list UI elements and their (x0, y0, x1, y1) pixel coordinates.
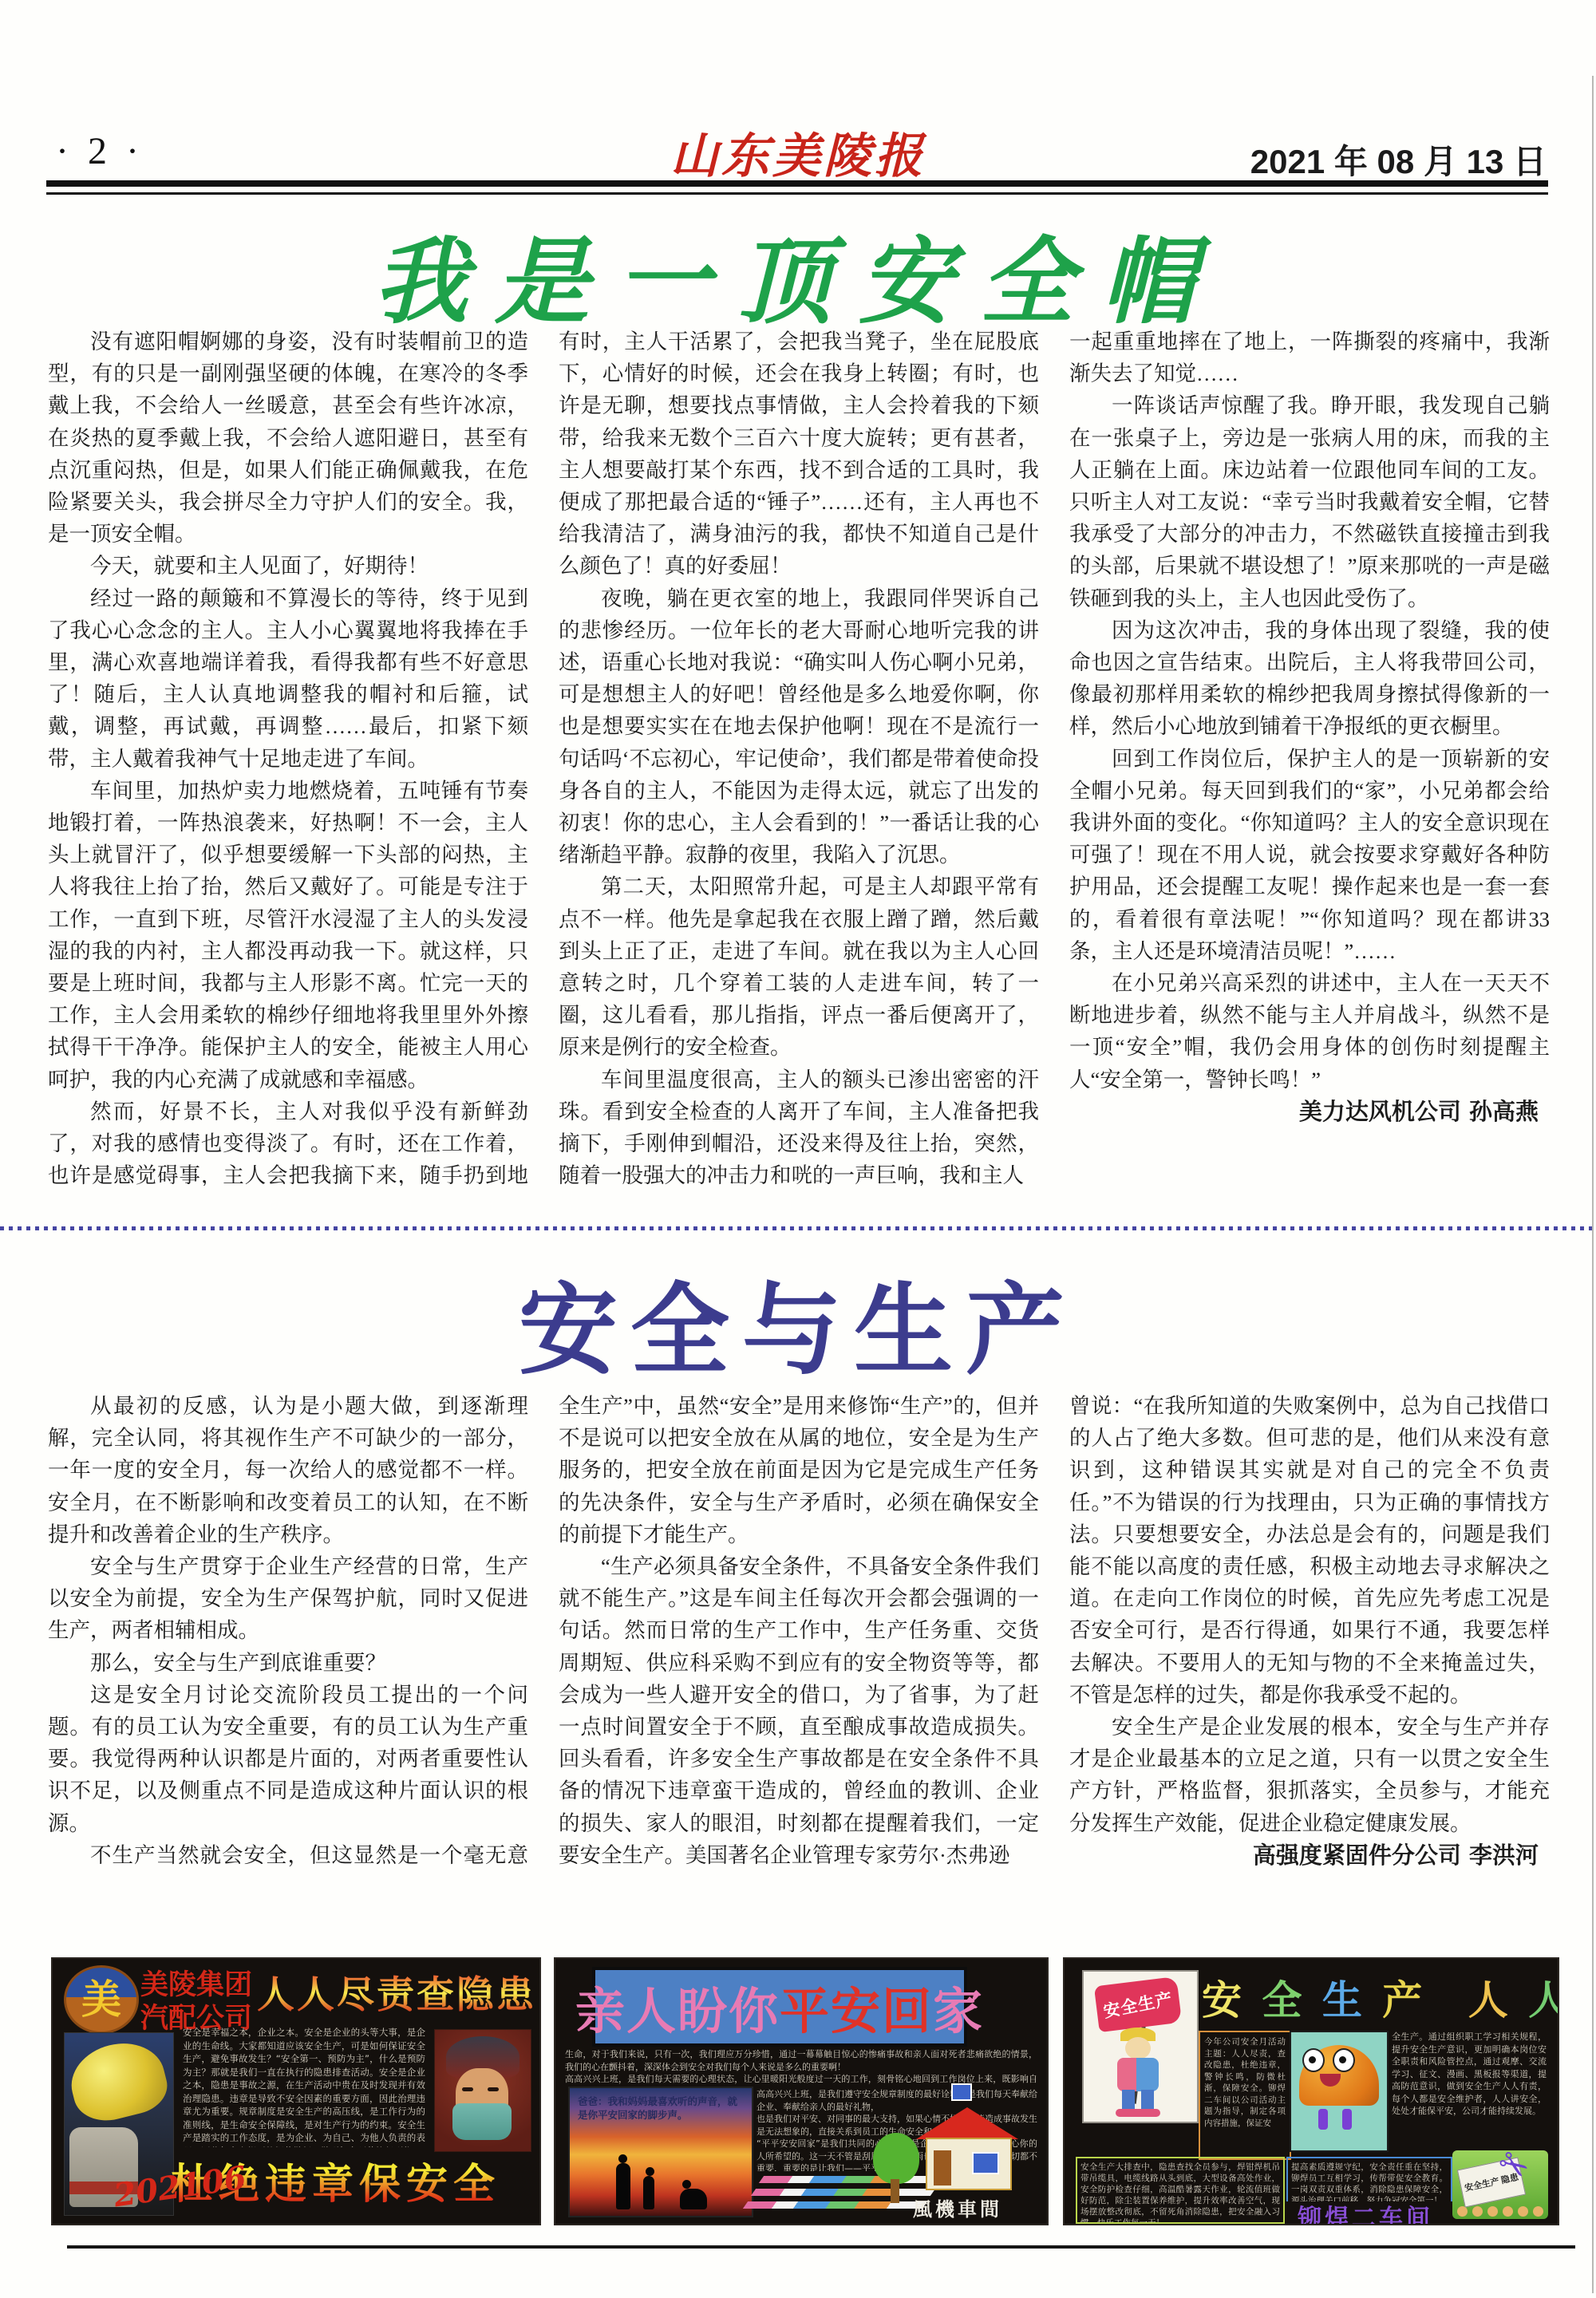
meiling-logo-icon: 美 (64, 1965, 139, 2034)
poster3-right-text: 全生产。通过组织职工学习相关规程，提升安全生产意识，更加明确本岗位安全职责和风险… (1392, 2031, 1547, 2152)
poster2-workshop-label: 風機車間 (913, 2193, 1002, 2221)
safety-poster-2: 亲 人 盼 你 平 安 回 家 生命，对于我们来说，只有一次，我们理应万分珍惜，… (555, 1959, 1047, 2224)
paragraph: 因为这次冲击，我的身体出现了裂缝，我的使命也因之宣告结束。出院后，主人将我带回公… (1069, 614, 1550, 743)
paragraph: “生产必须具备安全条件，不具备安全条件我们就不能生产。”这是车间主任每次开会都会… (559, 1550, 1039, 1869)
house-illustration (916, 2107, 1018, 2190)
house-door (934, 2150, 951, 2185)
mascot-body (1117, 2058, 1159, 2091)
title-char: 人 (626, 1972, 678, 2043)
poster3-workshop-label: 铆焊二车间 (1298, 2198, 1433, 2224)
article1-author-signature: 美力达风机公司 孙高燕 (1069, 1096, 1550, 1127)
paragraph: 安全生产是企业发展的根本，安全与生产并存才是企业最基本的立足之道，只有一以贯之安… (1069, 1711, 1550, 1839)
title-char: 人 (1528, 1977, 1558, 2024)
article2-column-2: 全生产”中，虽然“安全”是用来修饰“生产”的，但并不是说可以把安全放在从属的地位… (559, 1390, 1039, 1869)
title-char: 人 (1468, 1977, 1511, 2024)
article2-column-3: 曾说：“在我所知道的失败案例中，总为自己找借口的人占了绝大多数。但可悲的是，他们… (1069, 1390, 1550, 1869)
paragraph: 这是安全月讨论交流阶段员工提出的一个问题。有的员工认为安全重要，有的员工认为生产… (48, 1679, 528, 1839)
paragraph: 回到工作岗位后，保护主人的是一顶崭新的安全帽小兄弟。每天回到我们的“家”，小兄弟… (1069, 743, 1550, 967)
face-mask-icon (452, 2103, 512, 2140)
paragraph: 曾说：“在我所知道的失败案例中，总为自己找借口的人占了绝大多数。但可悲的是，他们… (1069, 1390, 1550, 1711)
kneeling-silhouette (680, 2189, 707, 2209)
paragraph: 经过一路的颠簸和不算漫长的等待，终于见到了我心心念念的主人。主人小心翼翼地将我捧… (48, 582, 528, 775)
title-char: 产 (1382, 1977, 1425, 2024)
title-char: 回 (882, 1972, 933, 2043)
tree-trunk (891, 2179, 899, 2203)
paragraph: 一起重重地摔在了地上，一阵撕裂的疼痛中，我渐渐失去了知觉…… (1069, 326, 1550, 389)
red-flag-icon: 安全生产 (1094, 1976, 1182, 2032)
title-char: 亲 (575, 1972, 626, 2043)
title-char: 你 (729, 1972, 780, 2043)
paragraph: 全生产”中，虽然“安全”是用来修饰“生产”的，但并不是说可以把安全放在从属的地位… (559, 1390, 1039, 1550)
paragraph: 从最初的反感，认为是小题大做，到逐渐理解，完全认同，将其视作生产不可缺少的一部分… (48, 1390, 528, 1550)
article1-column-1: 没有遮阳帽婀娜的身姿，没有时装帽前卫的造型，有的只是一副刚强坚硬的体魄，在寒冷的… (48, 326, 528, 1186)
paragraph: 安全与生产贯穿于企业生产经营的日常，生产以安全为前提，安全为生产保驾护航，同时又… (48, 1550, 528, 1647)
yellow-helmet-icon (64, 2034, 173, 2128)
title-char: 生 (1322, 1977, 1365, 2024)
article2-title: 安全与生产 (0, 1251, 1596, 1393)
title-char: 平 (780, 1972, 831, 2043)
poster3-bottom-left-text: 安全生产大排查中，隐患查找全员参与，焊钳焊机吊带吊缆具，电缆线路从头到底，大型设… (1076, 2157, 1285, 2224)
title-char: 安 (1202, 1977, 1245, 2024)
poster2-chalk-text: 生命，对于我们来说，只有一次，我们理应万分珍惜，通过一幕幕触目惊心的惨痛事故和亲… (565, 2048, 1037, 2085)
paragraph: 车间里，加热炉卖力地燃烧着，五吨锤有节奏地锻打着，一阵热浪袭来，好热啊！不一会，… (48, 775, 528, 1096)
header-rule-thin (46, 192, 1548, 195)
paragraph: 车间里温度很高，主人的额头已渗出密密的汗珠。看到安全检查的人离开了车间，主人准备… (559, 1064, 1039, 1186)
paragraph: 有时，主人干活累了，会把我当凳子，坐在屁股底下，心情好的时候，还会在我身上转圈；… (559, 326, 1039, 582)
helmet-mascot-illustration (1290, 2031, 1389, 2152)
scissors-paper-illustration: 安全生产 隐患 ✂ (1452, 2150, 1548, 2219)
eye-shape (462, 2087, 473, 2091)
mascot-legs (1122, 2090, 1154, 2110)
mascot-head (1125, 2037, 1151, 2059)
house-body (926, 2138, 1012, 2190)
paragraph: 不生产当然就会安全，但这显然是一个毫无意义的命题。我们需要生产，更需要安全生产。… (48, 1839, 528, 1869)
paragraph: 一阵谈话声惊醒了我。睁开眼，我发现自己躺在一张桌子上，旁边是一张病人用的床，而我… (1069, 389, 1550, 614)
paragraph: 第二天，太阳照常升起，可是主人却跟平常有点不一样。他先是拿起我在衣服上蹭了蹭，然… (559, 871, 1039, 1063)
paragraph: 然而，好景不长，主人对我似乎没有新鲜劲了，对我的感情也变得淡了。有时，还在工作着… (48, 1096, 528, 1186)
mascot-boots (1116, 2109, 1160, 2117)
family-quote: 爸爸：我和妈妈最喜欢听的声音，就是你平安回家的脚步声。 (578, 2095, 745, 2122)
header-rule-thick (46, 180, 1548, 187)
bottom-rule (67, 2245, 1575, 2249)
page-edge-line (1592, 76, 1594, 2293)
flag-text: 安全生产 (1101, 1986, 1175, 2023)
logo-glyph: 美 (81, 1980, 121, 2020)
child-silhouette (643, 2176, 654, 2209)
paragraph: 没有遮阳帽婀娜的身姿，没有时装帽前卫的造型，有的只是一副刚强坚硬的体魄，在寒冷的… (48, 326, 528, 550)
sunset-family-illustration: 爸爸：我和妈妈最喜欢听的声音，就是你平安回家的脚步声。 (568, 2087, 753, 2217)
poster2-headline-banner: 亲 人 盼 你 平 安 回 家 (592, 1967, 967, 2047)
poster3-bottom-middle-text: 提高素质遵规守纪，安全责任重在坚持，铆焊员工互相学习，传帮带促安全教育。一岗双责… (1286, 2157, 1452, 2201)
hands-row (1457, 2206, 1545, 2217)
mascot-leg (1342, 2109, 1352, 2130)
house-window (951, 2083, 972, 2101)
eye-shape (488, 2087, 499, 2091)
title-char: 全 (1262, 1977, 1305, 2024)
paragraph: 那么，安全与生产到底谁重要？ (48, 1647, 528, 1679)
article1-column-2: 有时，主人干活累了，会把我当凳子，坐在屁股底下，心情好的时候，还会在我身上转圈；… (559, 326, 1039, 1186)
org-line: 美陵集团 (136, 1968, 257, 2002)
paragraph: 今天，就要和主人见面了，好期待！ (48, 550, 528, 582)
paint-stripe (743, 2201, 927, 2209)
poster3-headline: 安 全 生 产 人 人 有 责 (1202, 1968, 1558, 2026)
poster1-body-text: 安全是幸福之本，企业之本。安全是企业的头等大事，是企业的生命线。大家都知道应该安… (183, 2026, 425, 2147)
paragraph: 在小兄弟兴高采烈的讲述中，主人在一天天不断地进步着，纵然不能与主人并肩战斗，纵然… (1069, 967, 1550, 1096)
newspaper-page: · 2 · 山东美陵报 2021 年 08 月 13 日 我是一顶安全帽 没有遮… (0, 0, 1596, 2298)
title-char: 盼 (678, 1972, 729, 2043)
chalk-line: 生命，对于我们来说，只有一次，我们理应万分珍惜，通过一幕幕触目惊心的惨痛事故和亲… (565, 2048, 1037, 2073)
issue-date: 2021 年 08 月 13 日 (1250, 136, 1547, 184)
masked-worker-illustration (434, 2029, 531, 2152)
safety-poster-1: 美 美陵集团 汽配公司 人人尽责查隐患 安全是幸福之本，企业之本。安全是企业的头… (53, 1959, 539, 2224)
poster3-theme-text: 今年公司安全月活动主题：人人尽责，查改隐患，杜绝违章，警钟长鸣，防微杜渐，保障安… (1199, 2031, 1291, 2160)
mascot-eye (1333, 2048, 1355, 2072)
article1-title: 我是一顶安全帽 (0, 206, 1596, 342)
paint-stripe (751, 2189, 935, 2196)
flag-mascot-card: 安全生产 (1082, 1970, 1199, 2123)
paragraph: 夜晚，躺在更衣室的地上，我跟同伴哭诉自己的悲惨经历。一位年长的老大哥耐心地听完我… (559, 582, 1039, 871)
house-window (972, 2152, 999, 2174)
title-char: 家 (933, 1972, 984, 2043)
article2-column-1: 从最初的反感，认为是小题大做，到逐渐理解，完全认同，将其视作生产不可缺少的一部分… (48, 1390, 528, 1869)
house-roof (916, 2107, 1018, 2139)
article1-column-3: 一起重重地摔在了地上，一阵撕裂的疼痛中，我渐渐失去了知觉…… 一阵谈话声惊醒了我… (1069, 326, 1550, 1186)
safety-poster-3: 安全生产 安 全 生 产 人 人 有 责 今年公司安全月活动主题：人人尽责，查改… (1065, 1959, 1558, 2224)
mascot-eye (1302, 2048, 1325, 2072)
dotted-section-divider (0, 1226, 1596, 1230)
poster1-headline: 人人尽责查隐患 (257, 1965, 539, 2019)
mascot-leg (1318, 2109, 1328, 2130)
person-silhouette (616, 2163, 630, 2209)
tree-illustration (873, 2133, 919, 2184)
article2-author-signature: 高强度紧固件分公司 李洪河 (1069, 1839, 1550, 1869)
title-char: 安 (831, 1972, 882, 2043)
